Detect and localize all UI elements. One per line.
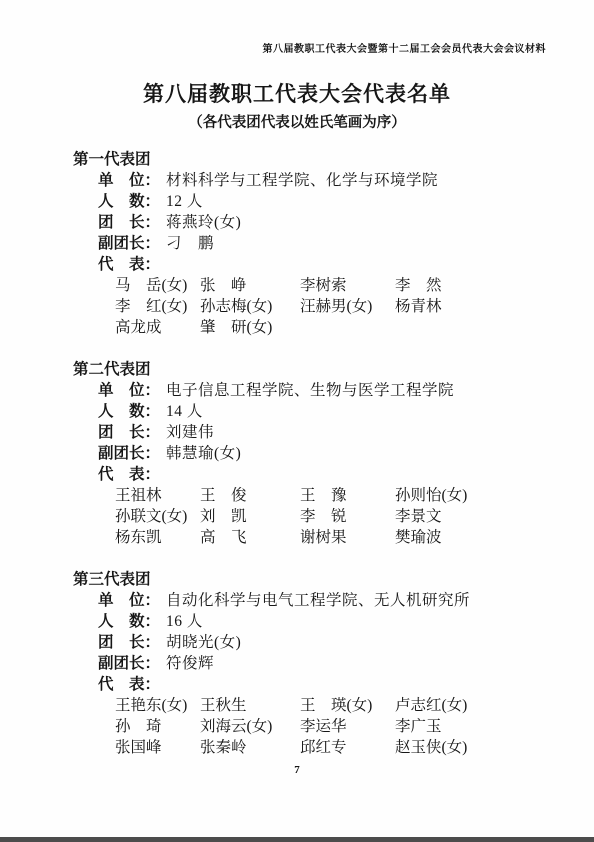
field-label: 单 位： (98, 592, 160, 609)
delegation-2-name-grid: 王祖林 王 俊 王 豫 孙则怡(女) 孙联文(女) 刘 凯 李 锐 李景文 杨东… (115, 485, 558, 548)
delegate-name: 高 飞 (200, 527, 300, 548)
delegate-name: 刘海云(女) (200, 716, 300, 737)
delegate-name: 王秋生 (200, 695, 300, 716)
field-label: 人 数： (98, 613, 160, 630)
field-value: 12 人 (166, 193, 203, 210)
field-label: 团 长： (98, 424, 160, 441)
delegation-1-count-line: 人 数：12 人 (98, 191, 558, 212)
delegate-name: 王 瑛(女) (300, 695, 395, 716)
delegate-name: 汪赫男(女) (300, 296, 395, 317)
delegation-3-leader-line: 团 长：胡晓光(女) (98, 632, 558, 653)
field-label: 代 表： (98, 256, 160, 273)
document-header: 第八届教职工代表大会暨第十二届工会会员代表大会会议材料 (263, 40, 547, 55)
delegation-1-deputy-line: 副团长：刁 鹏 (98, 233, 558, 254)
field-value: 胡晓光(女) (166, 634, 241, 651)
field-label: 人 数： (98, 193, 160, 210)
delegation-3-heading: 第三代表团 (73, 569, 558, 590)
delegation-3-count-line: 人 数：16 人 (98, 611, 558, 632)
document-page: 第八届教职工代表大会暨第十二届工会会员代表大会会议材料 第八届教职工代表大会代表… (0, 0, 594, 842)
delegate-name: 卢志红(女) (395, 695, 558, 716)
page-title: 第八届教职工代表大会代表名单 (0, 78, 594, 108)
delegation-1-name-grid: 马 岳(女) 张 峥 李树索 李 然 李 红(女) 孙志梅(女) 汪赫男(女) … (115, 275, 558, 338)
delegation-3-unit-line: 单 位：自动化科学与电气工程学院、无人机研究所 (98, 590, 558, 611)
delegate-name: 谢树果 (300, 527, 395, 548)
field-label: 副团长： (98, 235, 160, 252)
field-label: 单 位： (98, 382, 160, 399)
delegation-2-delegates-label-line: 代 表： (98, 464, 558, 485)
delegate-name: 王 俊 (200, 485, 300, 506)
page-bottom-edge (0, 837, 594, 842)
delegation-3-deputy-line: 副团长：符俊辉 (98, 653, 558, 674)
field-label: 副团长： (98, 655, 160, 672)
delegation-3-name-grid: 王艳东(女) 王秋生 王 瑛(女) 卢志红(女) 孙 琦 刘海云(女) 李运华 … (115, 695, 558, 758)
delegate-name: 孙志梅(女) (200, 296, 300, 317)
field-label: 团 长： (98, 634, 160, 651)
delegation-section-1: 第一代表团 单 位：材料科学与工程学院、化学与环境学院 人 数：12 人 团 长… (73, 149, 558, 338)
delegation-2-deputy-line: 副团长：韩慧瑜(女) (98, 443, 558, 464)
delegate-name (300, 317, 395, 338)
delegate-name: 孙联文(女) (115, 506, 200, 527)
field-value: 韩慧瑜(女) (166, 445, 241, 462)
delegation-2-unit-line: 单 位：电子信息工程学院、生物与医学工程学院 (98, 380, 558, 401)
delegate-name: 李运华 (300, 716, 395, 737)
delegation-2-leader-line: 团 长：刘建伟 (98, 422, 558, 443)
delegation-1-unit-line: 单 位：材料科学与工程学院、化学与环境学院 (98, 170, 558, 191)
field-label: 代 表： (98, 466, 160, 483)
delegate-name: 高龙成 (115, 317, 200, 338)
field-value: 材料科学与工程学院、化学与环境学院 (166, 172, 438, 189)
delegate-name: 李 锐 (300, 506, 395, 527)
field-value: 16 人 (166, 613, 203, 630)
delegate-name: 李树索 (300, 275, 395, 296)
field-value: 刁 鹏 (166, 235, 214, 252)
field-label: 代 表： (98, 676, 160, 693)
delegate-name: 孙则怡(女) (395, 485, 558, 506)
delegate-name: 马 岳(女) (115, 275, 200, 296)
delegation-section-3: 第三代表团 单 位：自动化科学与电气工程学院、无人机研究所 人 数：16 人 团… (73, 569, 558, 758)
delegate-name: 王祖林 (115, 485, 200, 506)
delegate-name (395, 317, 558, 338)
field-label: 人 数： (98, 403, 160, 420)
page-subtitle: （各代表团代表以姓氏笔画为序） (0, 111, 594, 132)
page-number: 7 (0, 764, 594, 776)
delegate-name: 张国峰 (115, 737, 200, 758)
delegate-name: 孙 琦 (115, 716, 200, 737)
field-label: 副团长： (98, 445, 160, 462)
delegation-3-delegates-label-line: 代 表： (98, 674, 558, 695)
document-body: 第一代表团 单 位：材料科学与工程学院、化学与环境学院 人 数：12 人 团 长… (73, 149, 558, 758)
delegation-2-heading: 第二代表团 (73, 359, 558, 380)
delegate-name: 刘 凯 (200, 506, 300, 527)
field-value: 刘建伟 (166, 424, 214, 441)
field-value: 电子信息工程学院、生物与医学工程学院 (166, 382, 454, 399)
field-label: 单 位： (98, 172, 160, 189)
delegate-name: 王艳东(女) (115, 695, 200, 716)
delegation-1-heading: 第一代表团 (73, 149, 558, 170)
delegate-name: 赵玉侠(女) (395, 737, 558, 758)
delegate-name: 樊瑜波 (395, 527, 558, 548)
delegate-name: 李景文 (395, 506, 558, 527)
delegate-name: 杨青林 (395, 296, 558, 317)
delegate-name: 王 豫 (300, 485, 395, 506)
field-value: 蒋燕玲(女) (166, 214, 241, 231)
delegate-name: 杨东凯 (115, 527, 200, 548)
field-label: 团 长： (98, 214, 160, 231)
delegate-name: 张 峥 (200, 275, 300, 296)
field-value: 符俊辉 (166, 655, 214, 672)
field-value: 14 人 (166, 403, 203, 420)
delegate-name: 肇 研(女) (200, 317, 300, 338)
delegate-name: 李 红(女) (115, 296, 200, 317)
delegation-1-delegates-label-line: 代 表： (98, 254, 558, 275)
delegate-name: 李广玉 (395, 716, 558, 737)
field-value: 自动化科学与电气工程学院、无人机研究所 (166, 592, 470, 609)
delegate-name: 张秦岭 (200, 737, 300, 758)
delegate-name: 邱红专 (300, 737, 395, 758)
delegate-name: 李 然 (395, 275, 558, 296)
delegation-2-count-line: 人 数：14 人 (98, 401, 558, 422)
delegation-1-leader-line: 团 长：蒋燕玲(女) (98, 212, 558, 233)
delegation-section-2: 第二代表团 单 位：电子信息工程学院、生物与医学工程学院 人 数：14 人 团 … (73, 359, 558, 548)
